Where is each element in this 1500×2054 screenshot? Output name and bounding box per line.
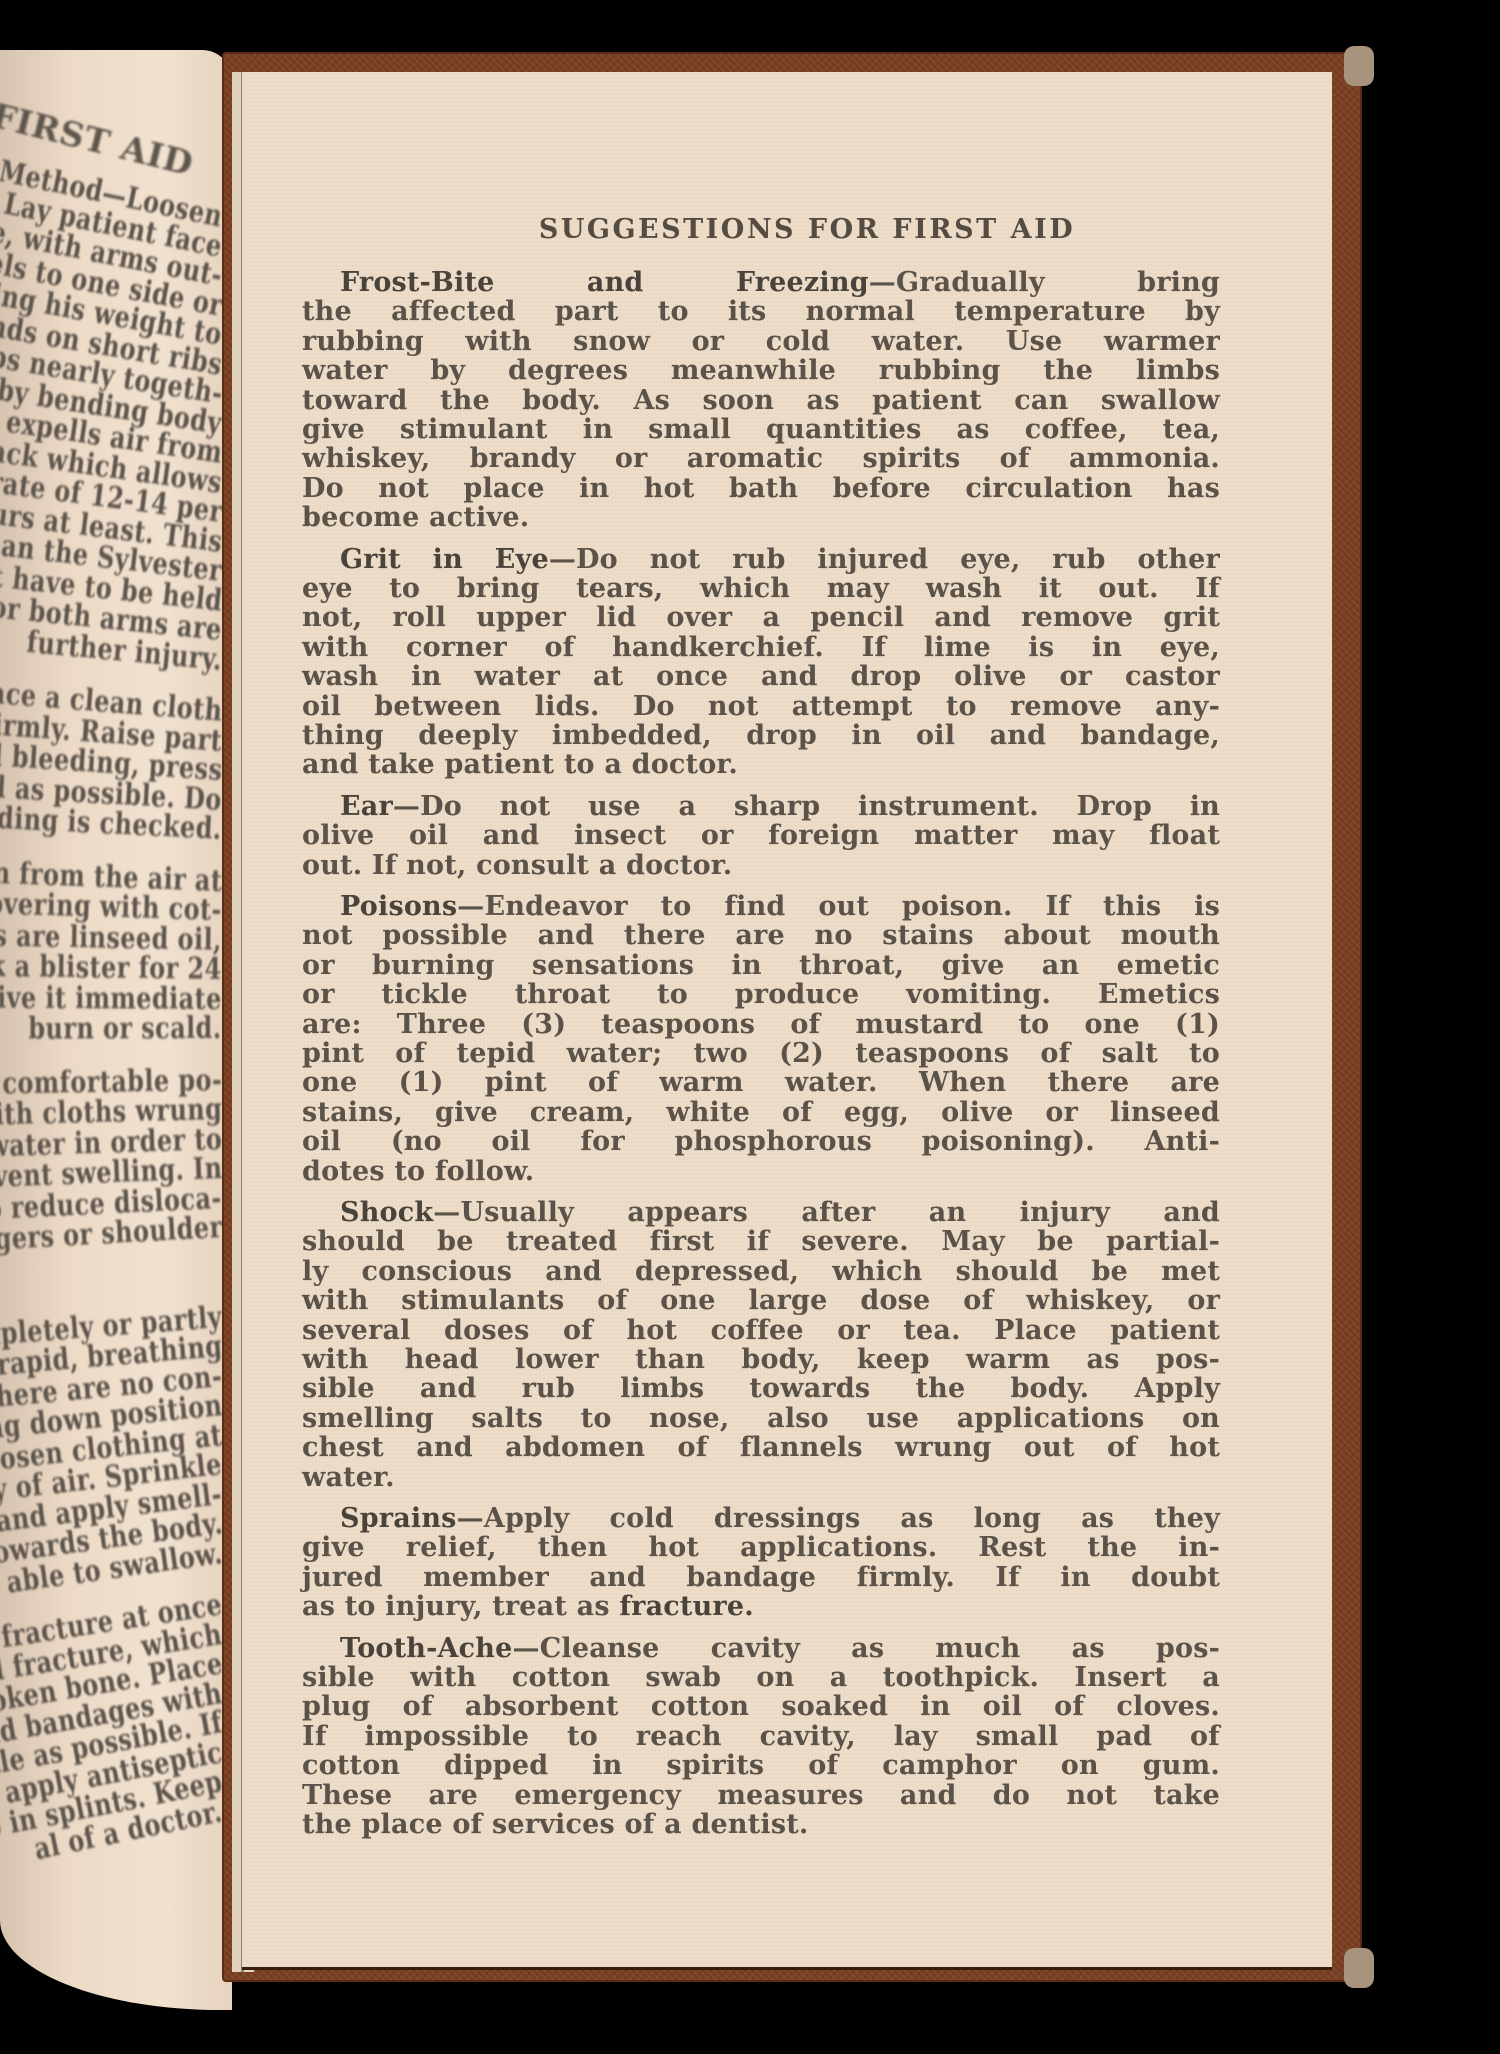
section-text: water by degrees meanwhile rubbing the l… (302, 355, 1220, 386)
section-text: are: Three (3) teaspoons of mustard to o… (302, 1009, 1220, 1040)
section-text: plug of absorbent cotton soaked in oil o… (302, 1691, 1220, 1722)
section-line: stains, give cream, white of egg, olive … (302, 1098, 1220, 1128)
section-text: the affected part to its normal temperat… (302, 296, 1220, 327)
section-line: cotton dipped in spirits of camphor on g… (302, 1751, 1220, 1781)
section-text: not possible and there are no stains abo… (302, 920, 1220, 951)
left-page: R FIRST AID rone Method—Loosenf air. Lay… (0, 50, 232, 2010)
section-text: chest and abdomen of flannels wrung out … (302, 1432, 1220, 1463)
section-heading: Frost-Bite and Freezing (340, 267, 869, 298)
section-line: one (1) pint of warm water. When there a… (302, 1068, 1220, 1098)
section-line: are: Three (3) teaspoons of mustard to o… (302, 1010, 1220, 1040)
section-text: thing deeply imbedded, drop in oil and b… (302, 720, 1220, 751)
section-line: out. If not, consult a doctor. (302, 851, 1220, 881)
section-text: water. (302, 1462, 395, 1493)
section-line: Do not place in hot bath before circulat… (302, 474, 1220, 504)
section-text: eye to bring tears, which may wash it ou… (302, 573, 1220, 604)
section-text: dotes to follow. (302, 1156, 534, 1187)
section-text: wash in water at once and drop olive or … (302, 661, 1220, 692)
section-line: with head lower than body, keep warm as … (302, 1345, 1220, 1375)
section-line: water by degrees meanwhile rubbing the l… (302, 356, 1220, 386)
section-line: water. (302, 1463, 1220, 1493)
section-text: the place of services of a dentist. (302, 1809, 809, 1840)
section-text: should be treated first if severe. May b… (302, 1226, 1220, 1257)
section-line: wash in water at once and drop olive or … (302, 662, 1220, 692)
section-text: —Usually appears after an injury and (433, 1197, 1220, 1228)
section-heading: Poisons (340, 891, 457, 922)
section-line: smelling salts to nose, also use applica… (302, 1404, 1220, 1434)
section-line: oil between lids. Do not attempt to remo… (302, 692, 1220, 722)
section-line: chest and abdomen of flannels wrung out … (302, 1433, 1220, 1463)
section-text: with corner of handkerchief. If lime is … (302, 632, 1220, 663)
section-line: If impossible to reach cavity, lay small… (302, 1722, 1220, 1752)
section-text: If impossible to reach cavity, lay small… (302, 1721, 1220, 1752)
section-line: as to injury, treat as fracture. (302, 1592, 1220, 1622)
page-title: SUGGESTIONS FOR FIRST AID (242, 214, 1332, 245)
worn-corner-top-right (1344, 46, 1374, 86)
section-text: several doses of hot coffee or tea. Plac… (302, 1315, 1220, 1346)
section-heading: Grit in Eye (340, 544, 549, 575)
section-first-line: Frost-Bite and Freezing—Gradually bring (340, 268, 1220, 298)
emphasis-word: fracture. (619, 1591, 753, 1622)
section-text: toward the body. As soon as patient can … (302, 385, 1220, 416)
section-line: or burning sensations in throat, give an… (302, 951, 1220, 981)
section-heading: Shock (340, 1197, 433, 1228)
section-line: the affected part to its normal temperat… (302, 297, 1220, 327)
section-text: rubbing with snow or cold water. Use war… (302, 326, 1220, 357)
section-line: several doses of hot coffee or tea. Plac… (302, 1316, 1220, 1346)
section-text: oil between lids. Do not attempt to remo… (302, 691, 1220, 722)
section-first-line: Tooth-Ache—Cleanse cavity as much as pos… (340, 1634, 1220, 1664)
section-text: and take patient to a doctor. (302, 749, 738, 780)
section-line: jured member and bandage firmly. If in d… (302, 1563, 1220, 1593)
section-line: sible and rub limbs towards the body. Ap… (302, 1374, 1220, 1404)
section-text: —Apply cold dressings as long as they (457, 1503, 1220, 1534)
section-first-line: Shock—Usually appears after an injury an… (340, 1198, 1220, 1228)
section-text: become active. (302, 502, 529, 533)
section-text: give stimulant in small quantities as co… (302, 414, 1220, 445)
section-text: one (1) pint of warm water. When there a… (302, 1067, 1220, 1098)
section-text: —Endeavor to find out poison. If this is (457, 891, 1220, 922)
section-line: not possible and there are no stains abo… (302, 921, 1220, 951)
section-text: sible with cotton swab on a toothpick. I… (302, 1662, 1220, 1693)
section-text: olive oil and insect or foreign matter m… (302, 820, 1220, 851)
section-line: oil (no oil for phosphorous poisoning). … (302, 1127, 1220, 1157)
section-text: Do not place in hot bath before circulat… (302, 473, 1220, 504)
section-line: the place of services of a dentist. (302, 1810, 1220, 1840)
section-text: smelling salts to nose, also use applica… (302, 1403, 1220, 1434)
section-text: —Cleanse cavity as much as pos- (513, 1633, 1220, 1664)
right-page: SUGGESTIONS FOR FIRST AID Frost-Bite and… (242, 72, 1332, 1970)
section-line: plug of absorbent cotton soaked in oil o… (302, 1692, 1220, 1722)
section-text: jured member and bandage firmly. If in d… (302, 1562, 1220, 1593)
worn-corner-bottom-right (1344, 1948, 1374, 1988)
section-line: should be treated first if severe. May b… (302, 1227, 1220, 1257)
section-text: cotton dipped in spirits of camphor on g… (302, 1750, 1220, 1781)
section-text: —Do not rub injured eye, rub other (549, 544, 1220, 575)
section-text: with stimulants of one large dose of whi… (302, 1285, 1220, 1316)
section-text: stains, give cream, white of egg, olive … (302, 1097, 1220, 1128)
section-first-line: Sprains—Apply cold dressings as long as … (340, 1504, 1220, 1534)
section-line: olive oil and insect or foreign matter m… (302, 821, 1220, 851)
section-line: dotes to follow. (302, 1157, 1220, 1187)
section-text: These are emergency measures and do not … (302, 1780, 1220, 1811)
section-text: —Gradually bring (869, 267, 1220, 298)
section-line: eye to bring tears, which may wash it ou… (302, 574, 1220, 604)
section-first-line: Ear—Do not use a sharp instrument. Drop … (340, 792, 1220, 822)
section-text: not, roll upper lid over a pencil and re… (302, 602, 1220, 633)
section-text: ly conscious and depressed, which should… (302, 1256, 1220, 1287)
left-page-text-fragment: burn or scald. (29, 1011, 222, 1047)
section-line: ly conscious and depressed, which should… (302, 1257, 1220, 1287)
section-text: whiskey, brandy or aromatic spirits of a… (302, 443, 1220, 474)
section-line: or tickle throat to produce vomiting. Em… (302, 980, 1220, 1010)
section-text: oil (no oil for phosphorous poisoning). … (302, 1126, 1220, 1157)
section-text: with head lower than body, keep warm as … (302, 1344, 1220, 1375)
section-line: with corner of handkerchief. If lime is … (302, 633, 1220, 663)
section-line: pint of tepid water; two (2) teaspoons o… (302, 1039, 1220, 1069)
section-first-line: Grit in Eye—Do not rub injured eye, rub … (340, 545, 1220, 575)
section-line: whiskey, brandy or aromatic spirits of a… (302, 444, 1220, 474)
section-line: thing deeply imbedded, drop in oil and b… (302, 721, 1220, 751)
section-text: as to injury, treat as (302, 1591, 619, 1622)
section-heading: Tooth-Ache (340, 1633, 513, 1664)
section-line: become active. (302, 503, 1220, 533)
section-heading: Ear (340, 791, 393, 822)
section-first-line: Poisons—Endeavor to find out poison. If … (340, 892, 1220, 922)
section-line: give relief, then hot applications. Rest… (302, 1533, 1220, 1563)
section-line: give stimulant in small quantities as co… (302, 415, 1220, 445)
section-heading: Sprains (340, 1503, 457, 1534)
section-line: These are emergency measures and do not … (302, 1781, 1220, 1811)
section-line: not, roll upper lid over a pencil and re… (302, 603, 1220, 633)
section-line: sible with cotton swab on a toothpick. I… (302, 1663, 1220, 1693)
section-line: rubbing with snow or cold water. Use war… (302, 327, 1220, 357)
section-text: —Do not use a sharp instrument. Drop in (393, 791, 1220, 822)
section-text: pint of tepid water; two (2) teaspoons o… (302, 1038, 1220, 1069)
section-text: sible and rub limbs towards the body. Ap… (302, 1373, 1220, 1404)
section-line: with stimulants of one large dose of whi… (302, 1286, 1220, 1316)
section-text: give relief, then hot applications. Rest… (302, 1532, 1220, 1563)
section-line: and take patient to a doctor. (302, 750, 1220, 780)
section-text: or burning sensations in throat, give an… (302, 950, 1220, 981)
section-text: or tickle throat to produce vomiting. Em… (302, 979, 1220, 1010)
section-line: toward the body. As soon as patient can … (302, 386, 1220, 416)
section-text: out. If not, consult a doctor. (302, 850, 732, 881)
